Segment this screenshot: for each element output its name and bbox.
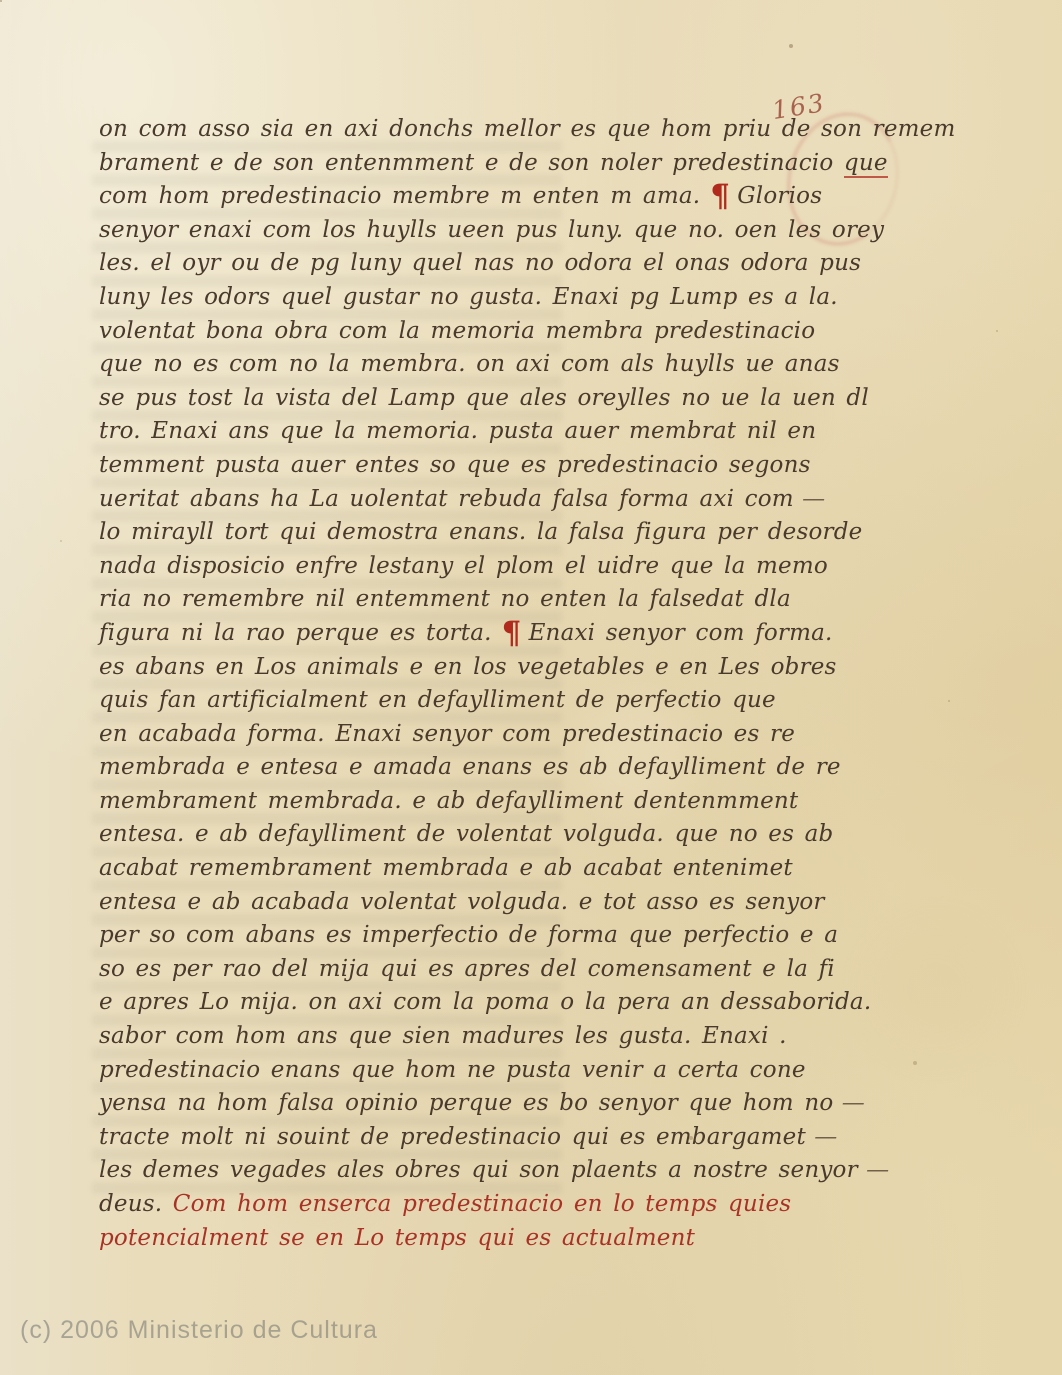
text-line: tracte molt ni souint de predestinacio q… (99, 1121, 899, 1155)
text-segment: senyor enaxi com los huylls ueen pus lun… (99, 217, 884, 243)
text-segment: — (833, 1090, 862, 1116)
text-line: luny les odors quel gustar no gusta. Ena… (99, 281, 899, 315)
text-segment: temment pusta auer entes so que es prede… (99, 452, 811, 478)
text-line: entesa e ab acabada volentat volguda. e … (99, 886, 899, 920)
text-segment: com hom predestinacio membre m enten m a… (99, 183, 700, 209)
text-segment: figura ni la rao perque es torta. (99, 620, 492, 646)
text-line: yensa na hom falsa opinio perque es bo s… (99, 1087, 899, 1121)
text-segment: se pus tost la vista del Lamp que ales o… (99, 385, 869, 411)
text-segment: Enaxi senyor com forma. (529, 620, 833, 646)
text-segment: en acabada forma. Enaxi senyor com prede… (99, 721, 795, 747)
text-segment: les demes vegades ales obres qui son pla… (99, 1157, 858, 1183)
text-segment: per so com abans es imperfectio de forma… (99, 922, 838, 948)
text-line: se pus tost la vista del Lamp que ales o… (99, 382, 899, 416)
text-segment: — (858, 1157, 887, 1183)
text-line: membrament membrada. e ab defaylliment d… (99, 785, 899, 819)
text-segment: ueritat abans ha La uolentat rebuda fals… (99, 486, 794, 512)
text-line: les demes vegades ales obres qui son pla… (99, 1154, 899, 1188)
text-line: brament e de son entenmment e de son nol… (99, 147, 899, 181)
text-segment: sabor com hom ans que sien madures les g… (99, 1023, 787, 1049)
text-line: ueritat abans ha La uolentat rebuda fals… (99, 483, 899, 517)
text-line: e apres Lo mija. on axi com la poma o la… (99, 986, 899, 1020)
text-line: nada disposicio enfre lestany el plom el… (99, 550, 899, 584)
text-segment: membrament membrada. e ab defaylliment d… (99, 788, 798, 814)
text-line: com hom predestinacio membre m enten m a… (99, 180, 899, 214)
text-segment: lo mirayll tort qui demostra enans. la f… (99, 519, 862, 545)
text-segment: ria no remembre nil entemment no enten l… (99, 586, 791, 612)
text-segment: e apres Lo mija. on axi com la poma o la… (99, 989, 871, 1015)
text-segment: on com asso sia en axi donchs mellor es … (99, 116, 955, 142)
text-line: so es per rao del mija qui es apres del … (99, 953, 899, 987)
text-line: senyor enaxi com los huylls ueen pus lun… (99, 214, 899, 248)
text-segment: tracte molt ni souint de predestinacio q… (99, 1124, 806, 1150)
text-line: quis fan artificialment en defaylliment … (99, 684, 899, 718)
text-line: acabat remembrament membrada e ab acabat… (99, 852, 899, 886)
text-segment: predestinacio enans que hom ne pusta ven… (99, 1057, 806, 1083)
text-line: que no es com no la membra. on axi com a… (99, 348, 899, 382)
text-segment: acabat remembrament membrada e ab acabat… (99, 855, 793, 881)
text-segment: entesa e ab acabada volentat volguda. e … (99, 889, 825, 915)
rubric-text-segment: que (844, 150, 888, 178)
text-segment: tro. Enaxi ans que la memoria. pusta aue… (99, 418, 816, 444)
text-segment: Glorios (737, 183, 822, 209)
text-line: potencialment se en Lo temps qui es actu… (99, 1222, 899, 1256)
rubric-text-segment: Com hom enserca predestinacio en lo temp… (173, 1191, 792, 1217)
text-segment: que no es com no la membra. on axi com a… (99, 351, 840, 377)
text-segment: brament e de son entenmment e de son nol… (99, 150, 844, 176)
text-segment: deus. (99, 1191, 173, 1217)
text-line: deus. Com hom enserca predestinacio en l… (99, 1188, 899, 1222)
text-segment: es abans en Los animals e en los vegetab… (99, 654, 837, 680)
text-segment: entesa. e ab defaylliment de volentat vo… (99, 821, 833, 847)
text-segment: volentat bona obra com la memoria membra… (99, 318, 815, 344)
text-line: membrada e entesa e amada enans es ab de… (99, 751, 899, 785)
text-segment: quis fan artificialment en defaylliment … (99, 687, 776, 713)
text-line: on com asso sia en axi donchs mellor es … (99, 113, 899, 147)
text-line: en acabada forma. Enaxi senyor com prede… (99, 718, 899, 752)
text-line: temment pusta auer entes so que es prede… (99, 449, 899, 483)
text-line: figura ni la rao perque es torta.¶Enaxi … (99, 617, 899, 651)
text-segment: — (806, 1124, 835, 1150)
text-line: entesa. e ab defaylliment de volentat vo… (99, 818, 899, 852)
text-line: ria no remembre nil entemment no enten l… (99, 583, 899, 617)
text-line: volentat bona obra com la memoria membra… (99, 315, 899, 349)
text-line: lo mirayll tort qui demostra enans. la f… (99, 516, 899, 550)
text-line: predestinacio enans que hom ne pusta ven… (99, 1054, 899, 1088)
copyright-watermark: (c) 2006 Ministerio de Cultura (20, 1316, 378, 1345)
text-segment: les. el oyr ou de pg luny quel nas no od… (99, 250, 861, 276)
text-line: tro. Enaxi ans que la memoria. pusta aue… (99, 415, 899, 449)
manuscript-page: 163 on com asso sia en axi donchs mellor… (0, 0, 1062, 1375)
text-line: sabor com hom ans que sien madures les g… (99, 1020, 899, 1054)
text-segment: — (794, 486, 823, 512)
pilcrow-icon: ¶ (502, 615, 522, 651)
text-line: les. el oyr ou de pg luny quel nas no od… (99, 247, 899, 281)
rubric-text-segment: potencialment se en Lo temps qui es actu… (99, 1225, 695, 1251)
text-segment: luny les odors quel gustar no gusta. Ena… (99, 284, 838, 310)
parchment-specks (0, 0, 2, 2)
pilcrow-icon: ¶ (710, 178, 730, 214)
manuscript-text: on com asso sia en axi donchs mellor es … (99, 113, 899, 1255)
text-segment: nada disposicio enfre lestany el plom el… (99, 553, 828, 579)
text-line: es abans en Los animals e en los vegetab… (99, 651, 899, 685)
text-segment: so es per rao del mija qui es apres del … (99, 956, 835, 982)
text-segment: membrada e entesa e amada enans es ab de… (99, 754, 841, 780)
text-line: per so com abans es imperfectio de forma… (99, 919, 899, 953)
text-segment: yensa na hom falsa opinio perque es bo s… (99, 1090, 833, 1116)
